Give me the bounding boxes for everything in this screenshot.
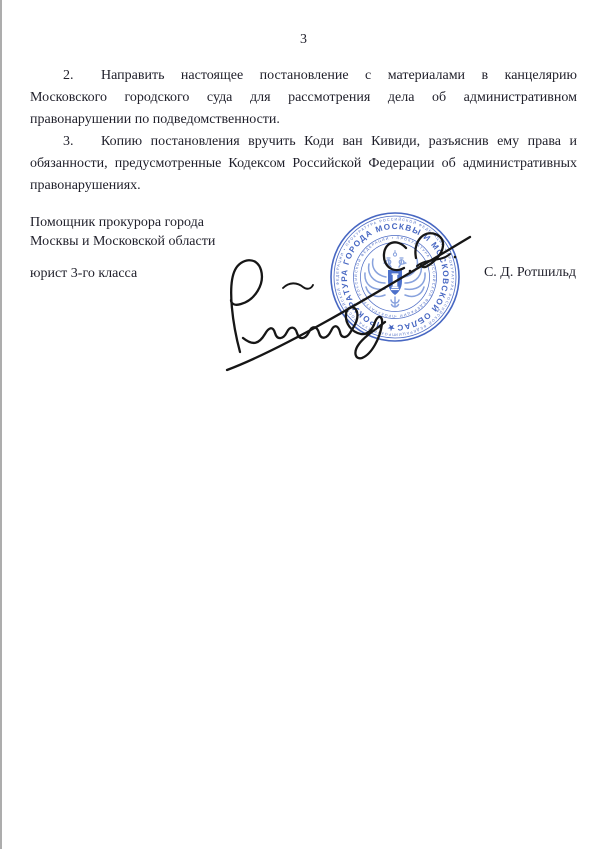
paragraph-2-number: 2. (63, 65, 101, 87)
paragraph-3: 3.Копию постановления вручить Коди ван К… (30, 131, 577, 197)
page-number: 3 (30, 32, 577, 48)
page-left-edge-line (0, 0, 2, 849)
document-page: 3 2.Направить настоящее постановление с … (0, 0, 606, 855)
signature-block: Помощник прокурора города Москвы и Моско… (30, 213, 577, 283)
signatory-name: С. Д. Ротшильд (484, 263, 576, 282)
signatory-position-line2: Москвы и Московской области (30, 232, 577, 251)
paragraph-3-text: Копию постановления вручить Коди ван Кив… (30, 134, 577, 193)
signatory-position-line1: Помощник прокурора города (30, 213, 577, 232)
paragraph-2-text: Направить настоящее постановление с мате… (30, 68, 577, 127)
paragraph-3-number: 3. (63, 131, 101, 153)
paragraph-2: 2.Направить настоящее постановление с ма… (30, 65, 577, 131)
